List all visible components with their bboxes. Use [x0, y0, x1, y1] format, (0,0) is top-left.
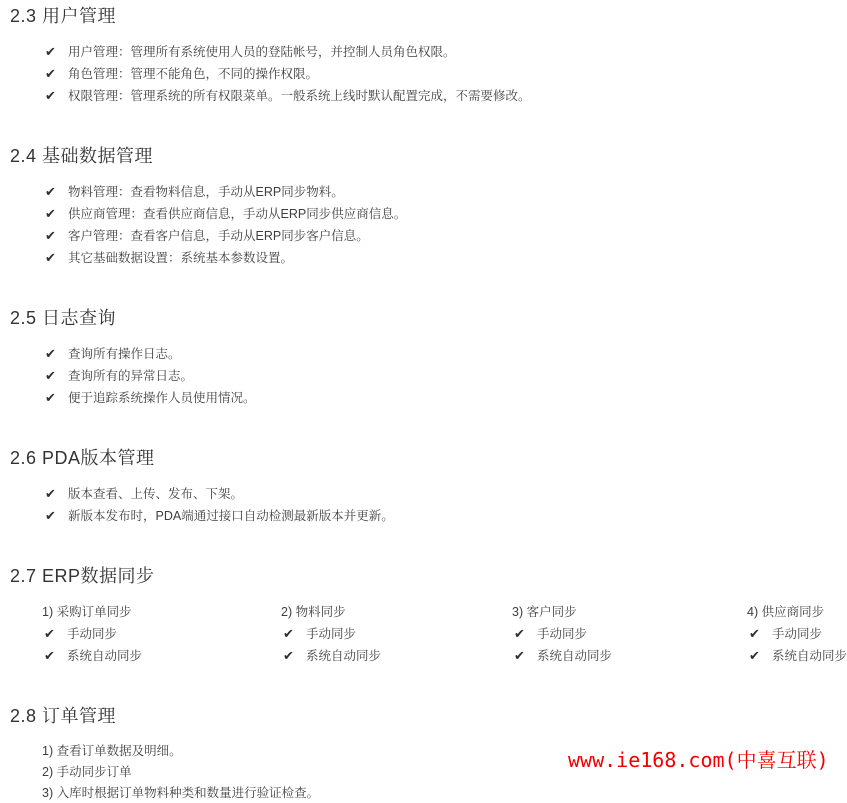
checklist-item-text: 手动同步: [67, 623, 117, 645]
checklist-item: ✔ 物料管理：查看物料信息，手动从ERP同步物料。: [45, 181, 847, 203]
checklist-item-text: 手动同步: [537, 623, 587, 645]
checklist-item-text: 版本查看、上传、发布、下架。: [68, 483, 243, 505]
check-icon: ✔: [283, 623, 297, 645]
checklist-item-text: 客户管理：查看客户信息，手动从ERP同步客户信息。: [68, 225, 369, 247]
checklist-item: ✔ 新版本发布时，PDA端通过接口自动检测最新版本并更新。: [45, 505, 847, 527]
checklist: ✔ 查询所有操作日志。 ✔ 查询所有的异常日志。 ✔ 便于追踪系统操作人员使用情…: [10, 343, 847, 409]
check-icon: ✔: [45, 505, 59, 527]
checklist-item-text: 手动同步: [772, 623, 822, 645]
numbered-list-item: 3) 入库时根据订单物料种类和数量进行验证检查。: [42, 783, 847, 803]
check-icon: ✔: [514, 623, 528, 645]
check-icon: ✔: [45, 225, 59, 247]
checklist-item: ✔ 权限管理：管理系统的所有权限菜单。一般系统上线时默认配置完成，不需要修改。: [45, 85, 847, 107]
check-icon: ✔: [44, 623, 58, 645]
check-icon: ✔: [749, 645, 763, 667]
checklist-item-text: 其它基础数据设置：系统基本参数设置。: [68, 247, 293, 269]
document-page: 2.3 用户管理 ✔ 用户管理：管理所有系统使用人员的登陆帐号，并控制人员角色权…: [0, 0, 847, 803]
check-icon: ✔: [45, 247, 59, 269]
checklist-item: ✔ 系统自动同步: [514, 645, 747, 667]
erp-sync-column-supplier: 4) 供应商同步 ✔ 手动同步 ✔ 系统自动同步: [747, 601, 847, 667]
section-title: 2.8 订单管理: [10, 705, 847, 727]
checklist: ✔ 物料管理：查看物料信息，手动从ERP同步物料。 ✔ 供应商管理：查看供应商信…: [10, 181, 847, 269]
checklist-item-text: 系统自动同步: [537, 645, 612, 667]
checklist-item: ✔ 用户管理：管理所有系统使用人员的登陆帐号，并控制人员角色权限。: [45, 41, 847, 63]
checklist: ✔ 手动同步 ✔ 系统自动同步: [281, 623, 512, 667]
checklist-item-text: 用户管理：管理所有系统使用人员的登陆帐号，并控制人员角色权限。: [68, 41, 456, 63]
check-icon: ✔: [45, 387, 59, 409]
check-icon: ✔: [45, 483, 59, 505]
checklist-item: ✔ 手动同步: [44, 623, 281, 645]
check-icon: ✔: [45, 85, 59, 107]
check-icon: ✔: [45, 365, 59, 387]
sync-column-header: 3) 客户同步: [512, 601, 747, 623]
checklist: ✔ 手动同步 ✔ 系统自动同步: [512, 623, 747, 667]
watermark-url: www.ie168.com(中喜互联): [568, 746, 829, 774]
checklist-item-text: 供应商管理：查看供应商信息，手动从ERP同步供应商信息。: [68, 203, 406, 225]
sync-column-header: 4) 供应商同步: [747, 601, 847, 623]
check-icon: ✔: [45, 343, 59, 365]
checklist: ✔ 手动同步 ✔ 系统自动同步: [42, 623, 281, 667]
checklist-item: ✔ 便于追踪系统操作人员使用情况。: [45, 387, 847, 409]
checklist-item-text: 系统自动同步: [67, 645, 142, 667]
checklist-item-text: 便于追踪系统操作人员使用情况。: [68, 387, 256, 409]
checklist: ✔ 手动同步 ✔ 系统自动同步: [747, 623, 847, 667]
section-user-management: 2.3 用户管理 ✔ 用户管理：管理所有系统使用人员的登陆帐号，并控制人员角色权…: [10, 5, 847, 107]
check-icon: ✔: [45, 41, 59, 63]
section-title: 2.4 基础数据管理: [10, 145, 847, 167]
check-icon: ✔: [749, 623, 763, 645]
checklist-item: ✔ 其它基础数据设置：系统基本参数设置。: [45, 247, 847, 269]
erp-sync-column-material: 2) 物料同步 ✔ 手动同步 ✔ 系统自动同步: [281, 601, 512, 667]
checklist-item: ✔ 系统自动同步: [283, 645, 512, 667]
checklist-item-text: 系统自动同步: [306, 645, 381, 667]
checklist: ✔ 用户管理：管理所有系统使用人员的登陆帐号，并控制人员角色权限。 ✔ 角色管理…: [10, 41, 847, 107]
checklist-item: ✔ 查询所有操作日志。: [45, 343, 847, 365]
section-title: 2.7 ERP数据同步: [10, 565, 847, 587]
checklist-item-text: 查询所有的异常日志。: [68, 365, 193, 387]
section-pda-version-management: 2.6 PDA版本管理 ✔ 版本查看、上传、发布、下架。 ✔ 新版本发布时，PD…: [10, 447, 847, 527]
check-icon: ✔: [45, 63, 59, 85]
checklist-item-text: 角色管理：管理不能角色，不同的操作权限。: [68, 63, 318, 85]
checklist-item: ✔ 客户管理：查看客户信息，手动从ERP同步客户信息。: [45, 225, 847, 247]
checklist-item: ✔ 手动同步: [749, 623, 847, 645]
checklist-item: ✔ 系统自动同步: [44, 645, 281, 667]
check-icon: ✔: [283, 645, 297, 667]
checklist-item-text: 手动同步: [306, 623, 356, 645]
checklist-item-text: 权限管理：管理系统的所有权限菜单。一般系统上线时默认配置完成，不需要修改。: [68, 85, 531, 107]
checklist-item: ✔ 版本查看、上传、发布、下架。: [45, 483, 847, 505]
checklist-item: ✔ 查询所有的异常日志。: [45, 365, 847, 387]
check-icon: ✔: [45, 203, 59, 225]
erp-sync-column-purchase-order: 1) 采购订单同步 ✔ 手动同步 ✔ 系统自动同步: [42, 601, 281, 667]
checklist-item-text: 新版本发布时，PDA端通过接口自动检测最新版本并更新。: [68, 505, 394, 527]
checklist-item-text: 物料管理：查看物料信息，手动从ERP同步物料。: [68, 181, 344, 203]
section-title: 2.6 PDA版本管理: [10, 447, 847, 469]
checklist-item: ✔ 角色管理：管理不能角色，不同的操作权限。: [45, 63, 847, 85]
check-icon: ✔: [45, 181, 59, 203]
checklist-item-text: 系统自动同步: [772, 645, 847, 667]
checklist-item: ✔ 手动同步: [283, 623, 512, 645]
checklist-item: ✔ 供应商管理：查看供应商信息，手动从ERP同步供应商信息。: [45, 203, 847, 225]
checklist-item: ✔ 系统自动同步: [749, 645, 847, 667]
section-log-query: 2.5 日志查询 ✔ 查询所有操作日志。 ✔ 查询所有的异常日志。 ✔ 便于追踪…: [10, 307, 847, 409]
erp-sync-column-customer: 3) 客户同步 ✔ 手动同步 ✔ 系统自动同步: [512, 601, 747, 667]
sync-column-header: 2) 物料同步: [281, 601, 512, 623]
section-title: 2.5 日志查询: [10, 307, 847, 329]
erp-sync-columns: 1) 采购订单同步 ✔ 手动同步 ✔ 系统自动同步 2) 物料同步 ✔: [42, 601, 847, 667]
checklist-item: ✔ 手动同步: [514, 623, 747, 645]
check-icon: ✔: [44, 645, 58, 667]
section-erp-data-sync: 2.7 ERP数据同步 1) 采购订单同步 ✔ 手动同步 ✔ 系统自动同步 2)…: [10, 565, 847, 667]
section-title: 2.3 用户管理: [10, 5, 847, 27]
checklist-item-text: 查询所有操作日志。: [68, 343, 181, 365]
checklist: ✔ 版本查看、上传、发布、下架。 ✔ 新版本发布时，PDA端通过接口自动检测最新…: [10, 483, 847, 527]
check-icon: ✔: [514, 645, 528, 667]
section-base-data-management: 2.4 基础数据管理 ✔ 物料管理：查看物料信息，手动从ERP同步物料。 ✔ 供…: [10, 145, 847, 269]
sync-column-header: 1) 采购订单同步: [42, 601, 281, 623]
